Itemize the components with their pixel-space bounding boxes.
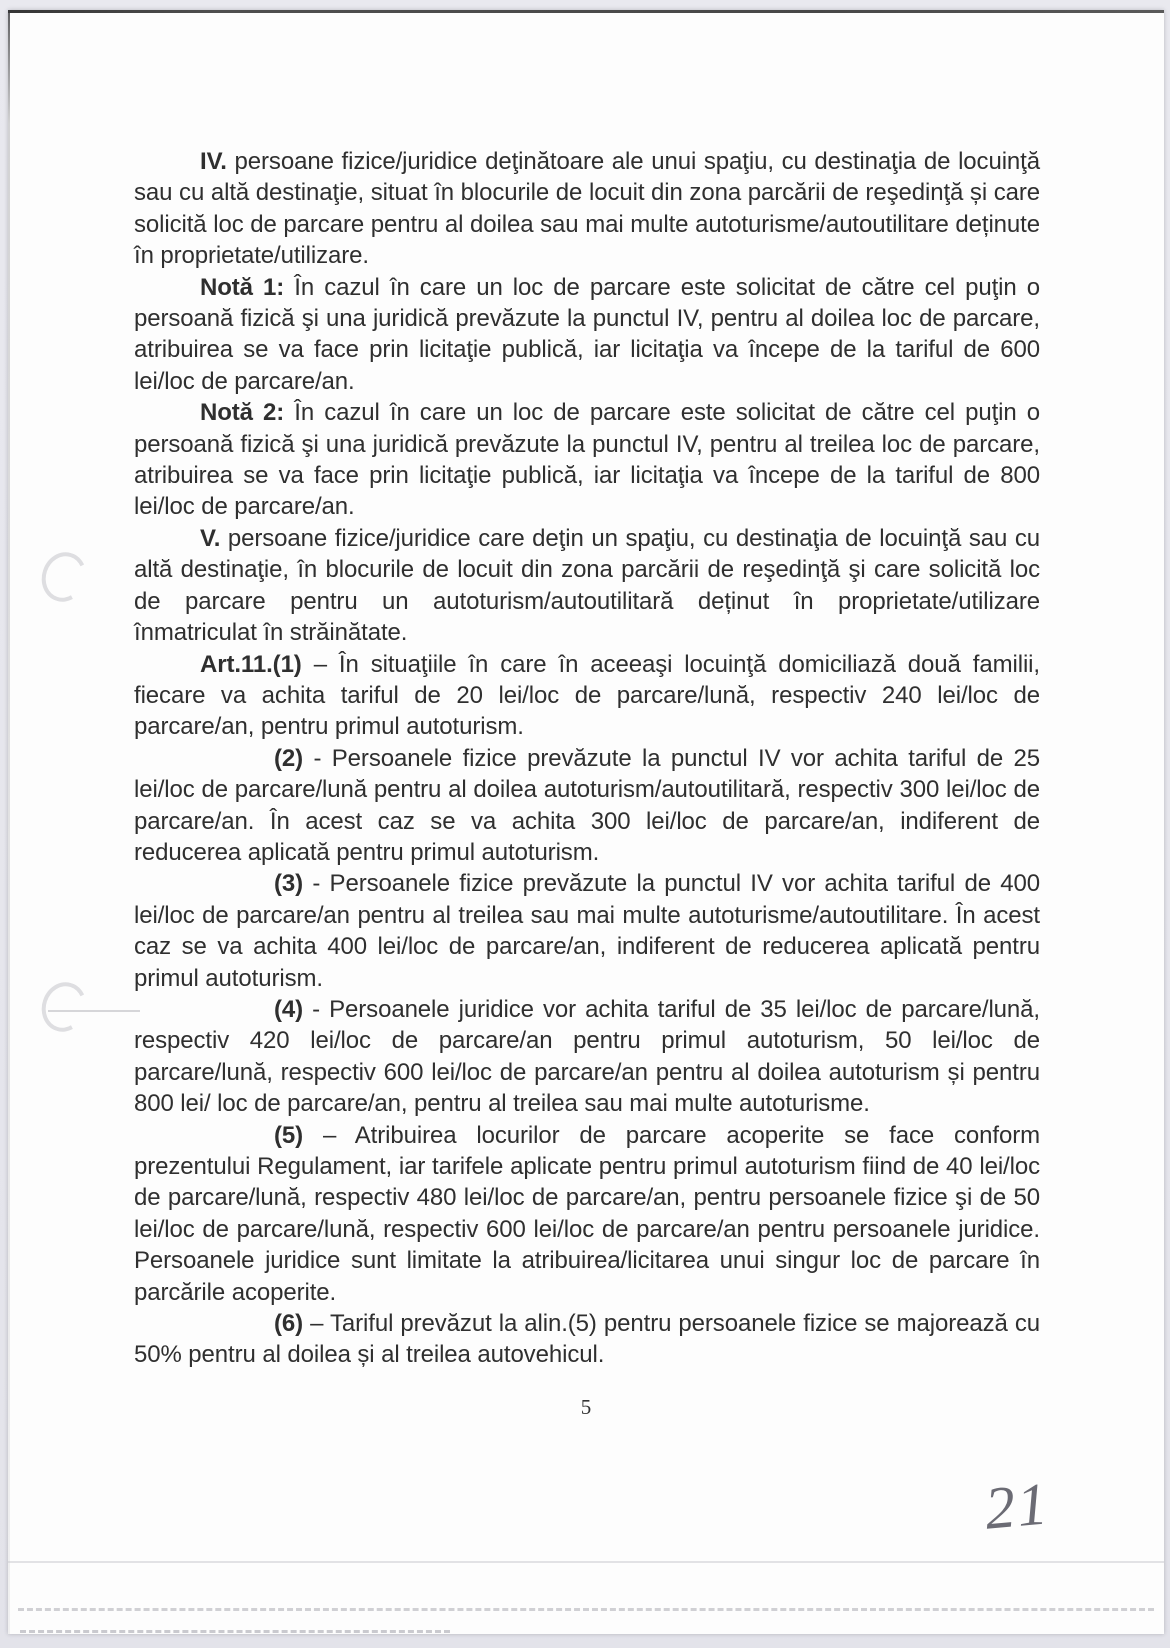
paragraph-text-iv: persoane fizice/juridice deţinătoare ale… [134, 148, 1040, 269]
paragraph-nota-2: Notă 2: În cazul în care un loc de parca… [134, 397, 1040, 523]
scan-artifact-underline [20, 1630, 450, 1633]
punch-mark-bottom [35, 976, 92, 1037]
paragraph-nota-1: Notă 1: În cazul în care un loc de parca… [134, 272, 1040, 398]
page-number: 5 [8, 1395, 1164, 1420]
paragraph-lead-art-11-1: Art.11.(1) [200, 651, 302, 678]
punch-mark-scratch [48, 1010, 140, 1012]
scan-top-edge [8, 10, 1164, 13]
paragraph-text-alin-6: – Tariful prevăzut la alin.(5) pentru pe… [134, 1310, 1040, 1368]
paragraph-point-iv: IV. persoane fizice/juridice deţinătoare… [134, 146, 1040, 272]
document-content: IV. persoane fizice/juridice deţinătoare… [134, 146, 1040, 1371]
paragraph-point-v: V. persoane fizice/juridice care deţin u… [134, 523, 1040, 649]
paragraph-alin-3: (3) - Persoanele fizice prevăzute la pun… [134, 868, 1040, 994]
punch-mark-top [35, 546, 92, 607]
paragraph-lead-alin-2: (2) [274, 745, 303, 772]
paragraph-text-alin-5: – Atribuirea locurilor de parcare acoper… [134, 1122, 1040, 1306]
scan-artifact-line [8, 1561, 1164, 1563]
scan-left-edge [8, 10, 10, 1634]
paragraph-text-alin-4: - Persoanele juridice vor achita tariful… [134, 996, 1040, 1117]
paragraph-alin-6: (6) – Tariful prevăzut la alin.(5) pentr… [134, 1308, 1040, 1371]
paragraph-lead-alin-4: (4) [274, 996, 303, 1023]
paragraph-text-alin-2: - Persoanele fizice prevăzute la punctul… [134, 745, 1040, 866]
scan-background: IV. persoane fizice/juridice deţinătoare… [0, 0, 1170, 1648]
paragraph-alin-2: (2) - Persoanele fizice prevăzute la pun… [134, 743, 1040, 869]
paragraph-lead-alin-3: (3) [274, 870, 303, 897]
paragraph-text-alin-3: - Persoanele fizice prevăzute la punctul… [134, 870, 1040, 991]
paragraph-alin-4: (4) - Persoanele juridice vor achita tar… [134, 994, 1040, 1120]
paragraph-alin-5: (5) – Atribuirea locurilor de parcare ac… [134, 1120, 1040, 1308]
paragraph-text-v: persoane fizice/juridice care deţin un s… [134, 525, 1040, 646]
scan-artifact-dashes [18, 1608, 1154, 1611]
paragraph-lead-nota-2: Notă 2: [200, 399, 284, 426]
handwritten-page-mark: 21 [983, 1473, 1052, 1538]
paragraph-lead-alin-6: (6) [274, 1310, 303, 1337]
paragraph-lead-nota-1: Notă 1: [200, 274, 284, 301]
paragraph-lead-iv: IV. [200, 148, 227, 175]
paragraph-art-11-1: Art.11.(1) – În situaţiile în care în ac… [134, 649, 1040, 743]
paragraph-lead-v: V. [200, 525, 220, 552]
paragraph-lead-alin-5: (5) [274, 1122, 303, 1149]
document-page: IV. persoane fizice/juridice deţinătoare… [8, 10, 1164, 1634]
